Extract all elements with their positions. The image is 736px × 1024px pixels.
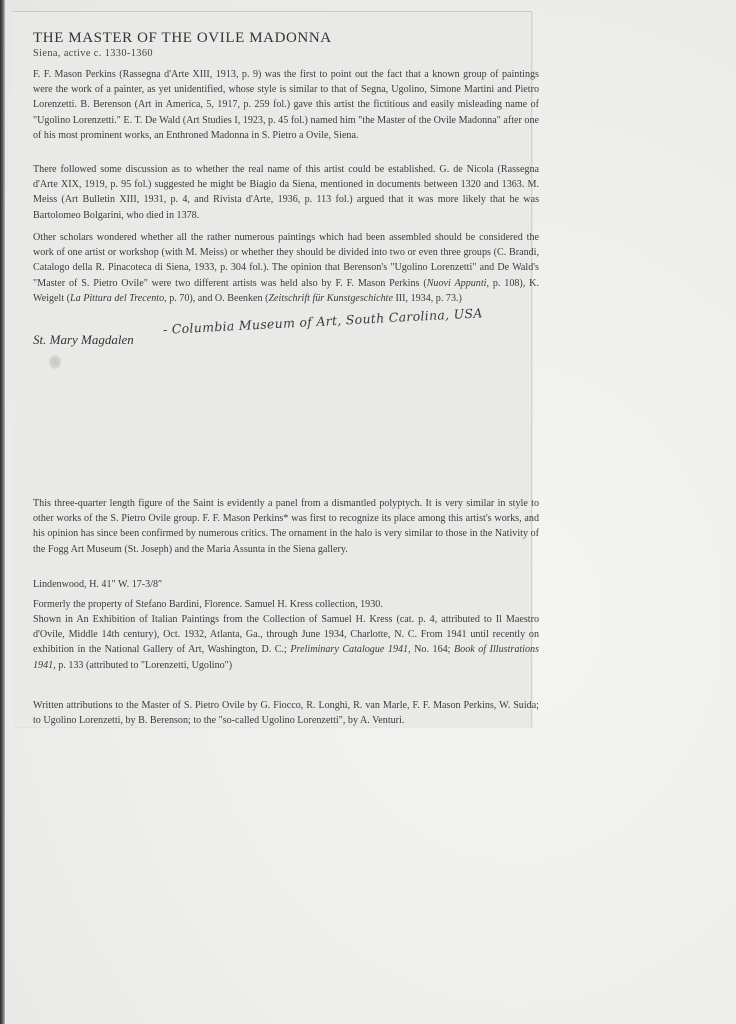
discussion-paragraph: There followed some discussion as to whe…: [33, 162, 539, 223]
handwritten-location-note: - Columbia Museum of Art, South Carolina…: [163, 305, 483, 337]
provenance-line: Formerly the property of Stefano Bardini…: [33, 597, 539, 612]
exhibitions-paragraph: Shown in An Exhibition of Italian Painti…: [33, 612, 539, 673]
scholars-text-4: III, 1934, p. 73.): [393, 293, 462, 304]
paper-smudge: [49, 355, 61, 369]
reference-preliminary-catalogue: Preliminary Catalogue 1941: [290, 644, 408, 655]
painting-title: St. Mary Magdalen: [33, 332, 134, 348]
reference-nuovi-appunti: Nuovi Appunti: [427, 278, 487, 289]
catalogue-card: THE MASTER OF THE OVILE MADONNA Siena, a…: [13, 11, 532, 727]
intro-paragraph: F. F. Mason Perkins (Rassegna d'Arte XII…: [33, 67, 539, 143]
removed-illustration-area: [31, 350, 539, 490]
exhibitions-text-2: , No. 164;: [408, 644, 454, 655]
scholars-paragraph: Other scholars wondered whether all the …: [33, 230, 539, 306]
dimensions-line: Lindenwood, H. 41″ W. 17-3/8″: [33, 577, 539, 592]
exhibitions-text-3: , p. 133 (attributed to "Lorenzetti, Ugo…: [53, 660, 232, 671]
description-paragraph: This three-quarter length figure of the …: [33, 496, 539, 557]
attributions-paragraph: Written attributions to the Master of S.…: [33, 698, 539, 728]
scholars-text-3: , p. 70), and O. Beenken (: [164, 293, 268, 304]
artist-heading: THE MASTER OF THE OVILE MADONNA: [33, 30, 332, 47]
reference-zeitschrift: Zeitschrift für Kunstgeschichte: [268, 293, 392, 304]
reference-pittura-trecento: La Pittura del Trecento: [70, 293, 164, 304]
artist-subheading: Siena, active c. 1330-1360: [33, 48, 153, 59]
